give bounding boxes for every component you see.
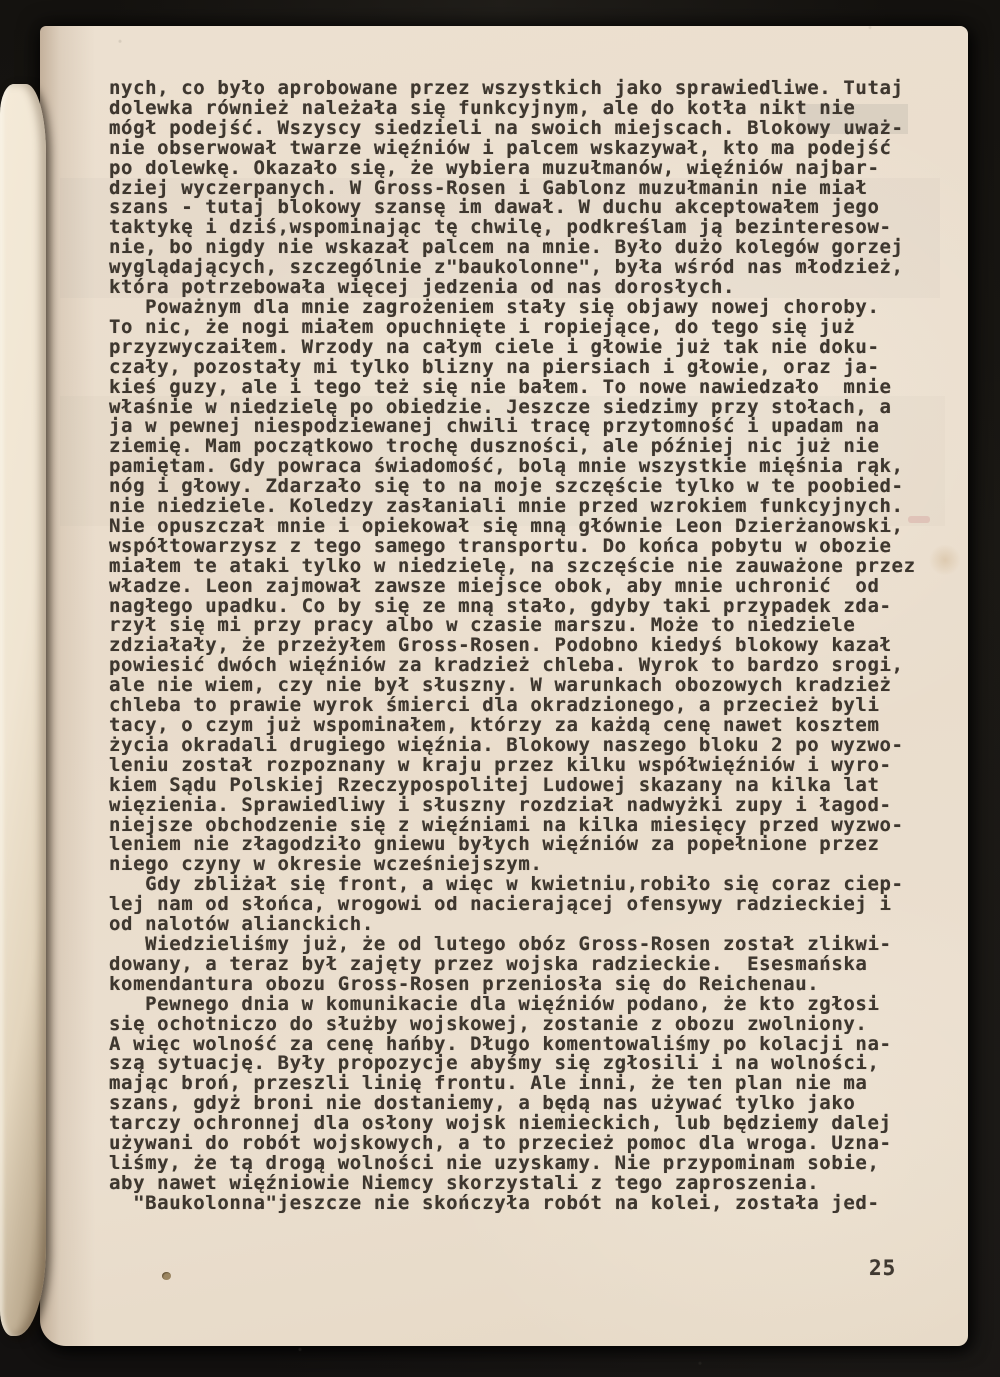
scanned-book-photo: nych, co było aprobowane przez wszystkic… [0,0,1000,1377]
page-edge-fold [0,84,46,1336]
page-number: 25 [869,1256,896,1280]
typewritten-body-text: nych, co było aprobowane przez wszystkic… [109,79,916,1214]
